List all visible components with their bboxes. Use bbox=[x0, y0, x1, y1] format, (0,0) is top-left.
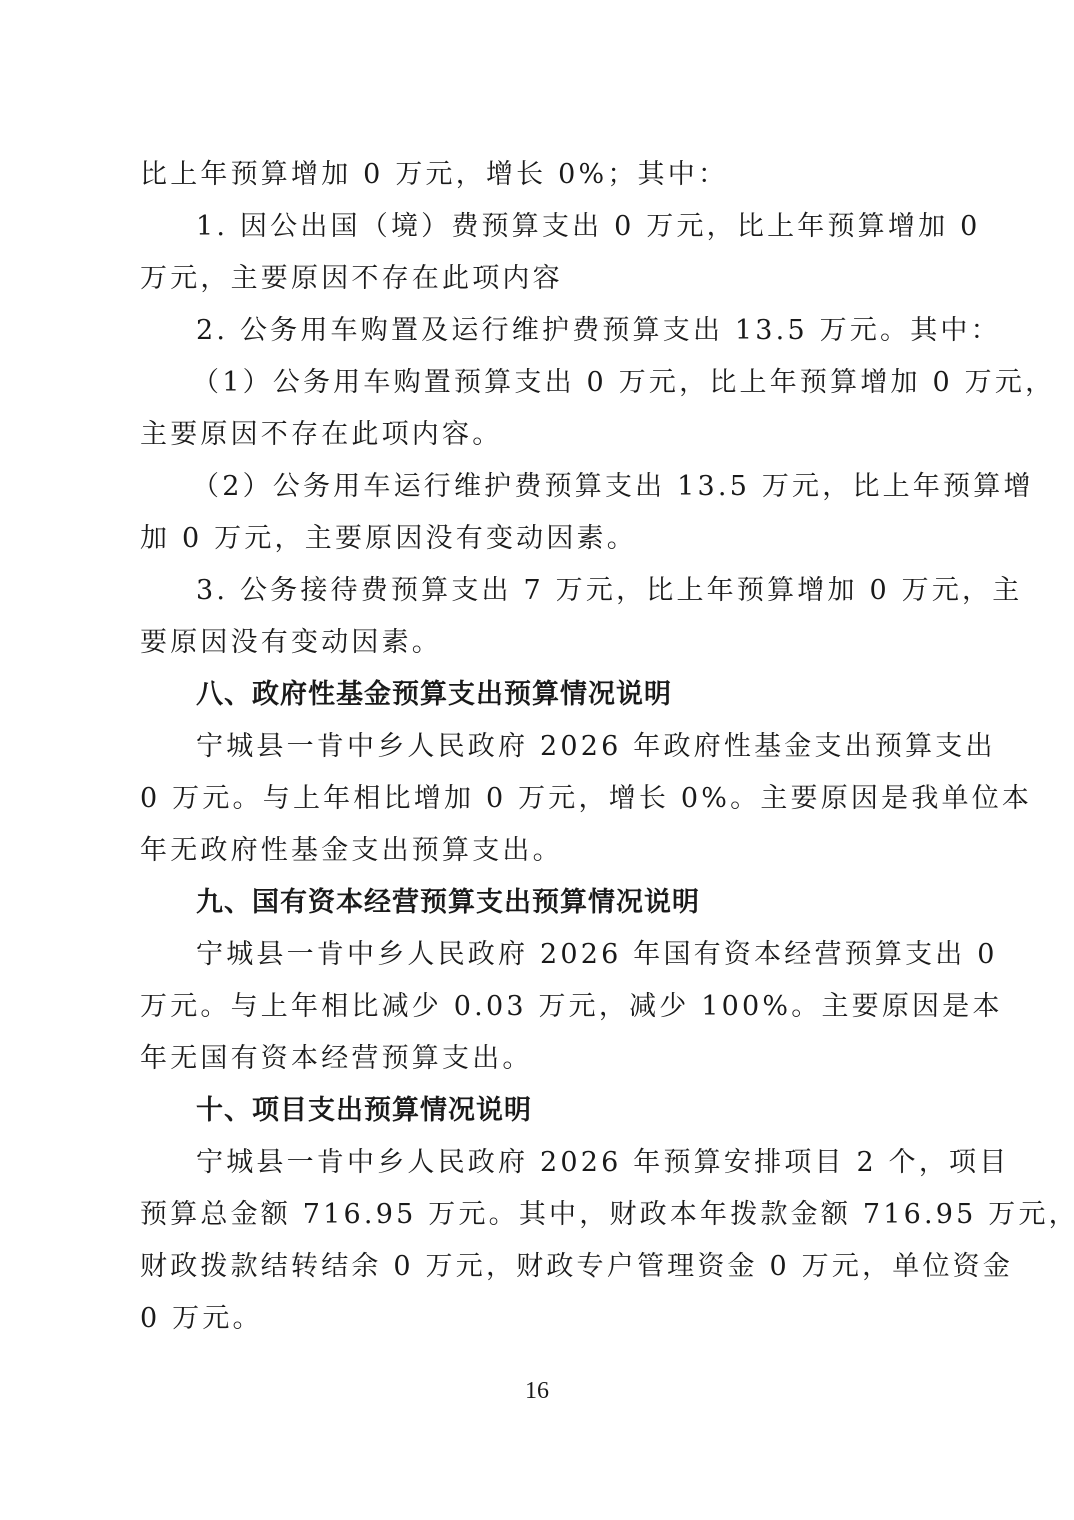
paragraph-line: 年无国有资本经营预算支出。 bbox=[140, 1042, 940, 1076]
paragraph-line: （1）公务用车购置预算支出 0 万元，比上年预算增加 0 万元， bbox=[192, 366, 992, 400]
section-heading-10: 十、项目支出预算情况说明 bbox=[196, 1094, 996, 1128]
paragraph-line: 0 万元。与上年相比增加 0 万元，增长 0%。主要原因是我单位本 bbox=[140, 782, 940, 816]
paragraph-line: 财政拨款结转结余 0 万元，财政专户管理资金 0 万元，单位资金 bbox=[140, 1250, 940, 1284]
paragraph-line: 宁城县一肯中乡人民政府 2026 年预算安排项目 2 个，项目 bbox=[196, 1146, 996, 1180]
paragraph-line: 3. 公务接待费预算支出 7 万元，比上年预算增加 0 万元，主 bbox=[196, 574, 996, 608]
paragraph-line: 预算总金额 716.95 万元。其中，财政本年拨款金额 716.95 万元， bbox=[140, 1198, 940, 1232]
paragraph-line: 主要原因不存在此项内容。 bbox=[140, 418, 940, 452]
paragraph-line: 宁城县一肯中乡人民政府 2026 年政府性基金支出预算支出 bbox=[196, 730, 996, 764]
paragraph-line: 加 0 万元，主要原因没有变动因素。 bbox=[140, 522, 940, 556]
paragraph-line: 1. 因公出国（境）费预算支出 0 万元，比上年预算增加 0 bbox=[196, 210, 996, 244]
page-number: 16 bbox=[0, 1378, 1074, 1405]
paragraph-line: 2. 公务用车购置及运行维护费预算支出 13.5 万元。其中： bbox=[196, 314, 996, 348]
paragraph-line: 宁城县一肯中乡人民政府 2026 年国有资本经营预算支出 0 bbox=[196, 938, 996, 972]
document-page: 比上年预算增加 0 万元，增长 0%；其中： 1. 因公出国（境）费预算支出 0… bbox=[0, 0, 1074, 1520]
paragraph-line: （2）公务用车运行维护费预算支出 13.5 万元，比上年预算增 bbox=[192, 470, 992, 504]
paragraph-line: 万元，主要原因不存在此项内容 bbox=[140, 262, 940, 296]
paragraph-line: 年无政府性基金支出预算支出。 bbox=[140, 834, 940, 868]
paragraph-line: 0 万元。 bbox=[140, 1302, 940, 1336]
paragraph-line: 比上年预算增加 0 万元，增长 0%；其中： bbox=[140, 158, 940, 192]
paragraph-line: 要原因没有变动因素。 bbox=[140, 626, 940, 660]
section-heading-9: 九、国有资本经营预算支出预算情况说明 bbox=[196, 886, 996, 920]
section-heading-8: 八、政府性基金预算支出预算情况说明 bbox=[196, 678, 996, 712]
paragraph-line: 万元。与上年相比减少 0.03 万元，减少 100%。主要原因是本 bbox=[140, 990, 940, 1024]
